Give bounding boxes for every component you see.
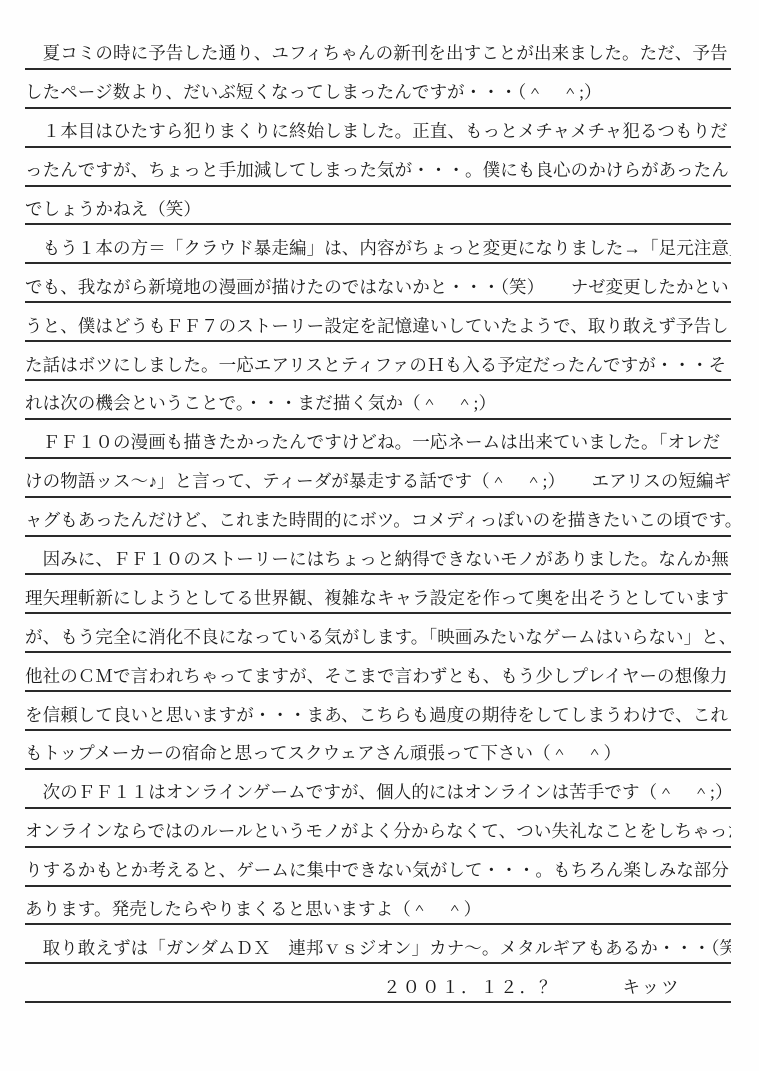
text-line: 理矢理斬新にしようとしてる世界観、複雑なキャラ設定を作って奥を出そうとしています: [25, 575, 731, 614]
text-line: もトップメーカーの宿命と思ってスクウェアさん頑張って下さい（＾ ＾）: [25, 731, 731, 770]
text-line: うと、僕はどうもＦＦ７のストーリー設定を記憶違いしていたようで、取り敢えず予告し: [25, 303, 731, 342]
text-line: けの物語ッス～♪」と言って、ティーダが暴走する話です（＾ ＾;） エアリスの短編…: [25, 459, 731, 498]
scanned-afterword-page: 夏コミの時に予告した通り、ユフィちゃんの新刊を出すことが出来ました。ただ、予告し…: [0, 0, 759, 1071]
text-line: 他社のＣＭで言われちゃってますが、そこまで言わずとも、もう少しプレイヤーの想像力: [25, 653, 731, 692]
text-block: 夏コミの時に予告した通り、ユフィちゃんの新刊を出すことが出来ました。ただ、予告し…: [25, 0, 731, 1003]
text-line: １本目はひたすら犯りまくりに終始しました。正直、もっとメチャメチャ犯るつもりだ: [25, 109, 731, 148]
text-line: ャグもあったんだけど、これまた時間的にボツ。コメディっぽいのを描きたいこの頃です…: [25, 498, 731, 537]
signature-line: ２００１．１２．？ キッツ: [25, 964, 731, 1003]
signature-author: キッツ: [623, 979, 681, 997]
text-line: 次のＦＦ１１はオンラインゲームですが、個人的にはオンラインは苦手です（＾ ＾;）: [25, 770, 731, 809]
text-line: を信頼して良いと思いますが・・・まあ、こちらも過度の期待をしてしまうわけで、これ: [25, 692, 731, 731]
text-line: 因みに、ＦＦ１０のストーリーにはちょっと納得できないモノがありました。なんか無: [25, 537, 731, 576]
text-line: もう１本の方＝「クラウド暴走編」は、内容がちょっと変更になりました→「足元注意」…: [25, 225, 731, 264]
text-line: りするかもとか考えると、ゲームに集中できない気がして・・・。もちろん楽しみな部分…: [25, 848, 731, 887]
text-line: オンラインならではのルールというモノがよく分からなくて、つい失礼なことをしちゃっ…: [25, 809, 731, 848]
text-line: ったんですが、ちょっと手加減してしまった気が・・・。僕にも良心のかけらがあったん: [25, 148, 731, 187]
text-line: でも、我ながら新境地の漫画が描けたのではないかと・・・（笑） ナゼ変更したかとい: [25, 264, 731, 303]
text-line: が、もう完全に消化不良になっている気がします。「映画みたいなゲームはいらない」と…: [25, 614, 731, 653]
text-line: 夏コミの時に予告した通り、ユフィちゃんの新刊を出すことが出来ました。ただ、予告: [25, 31, 731, 70]
text-line: 取り敢えずは「ガンダムＤＸ 連邦ｖｓジオン」カナ～。メタルギアもあるか・・・（笑…: [25, 925, 731, 964]
text-line: ＦＦ１０の漫画も描きたかったんですけどね。一応ネームは出来ていました。「オレだ: [25, 420, 731, 459]
text-line: れは次の機会ということで。・・・まだ描く気か（＾ ＾;）: [25, 381, 731, 420]
text-line: た話はボツにしました。一応エアリスとティファのＨも入る予定だったんですが・・・そ: [25, 342, 731, 381]
text-line: したページ数より、だいぶ短くなってしまったんですが・・・（＾ ＾;）: [25, 70, 731, 109]
signature-date: ２００１．１２．？: [383, 979, 559, 997]
text-line: でしょうかねえ（笑）: [25, 187, 731, 226]
text-line: あります。発売したらやりまくると思いますよ（＾ ＾）: [25, 887, 731, 926]
body-lines: 夏コミの時に予告した通り、ユフィちゃんの新刊を出すことが出来ました。ただ、予告し…: [25, 31, 731, 964]
